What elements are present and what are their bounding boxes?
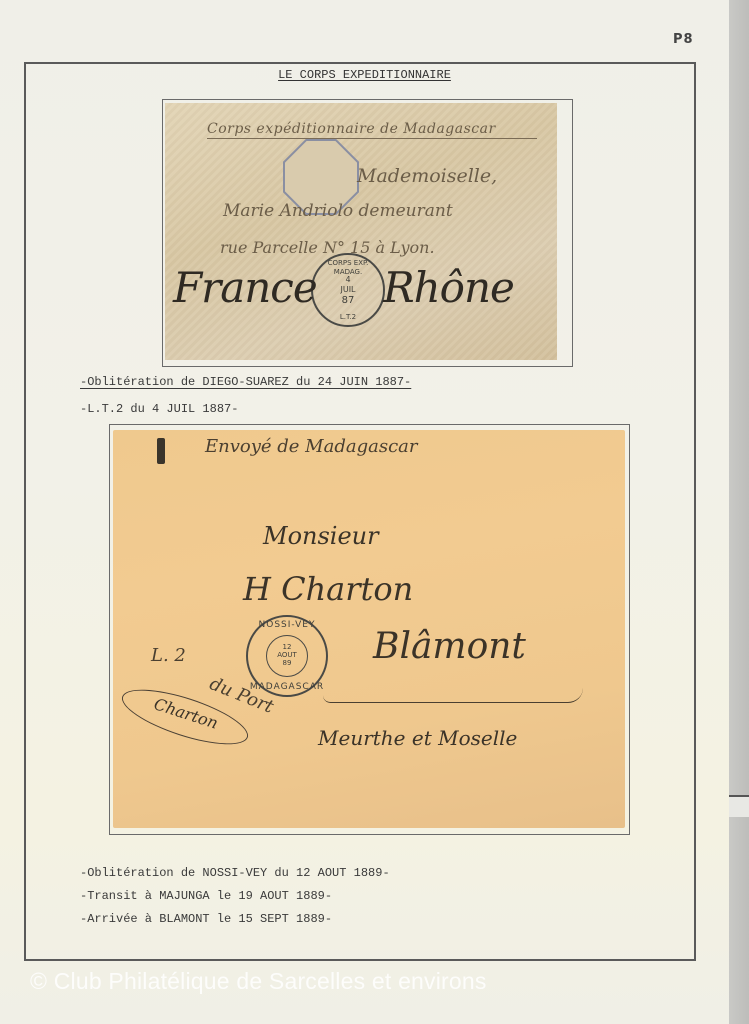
edge-mark-light bbox=[729, 797, 749, 817]
cover1-cancel-stamp: CORPS EXP. MADAG. 4 JUIL 87 L.T.2 bbox=[311, 253, 385, 327]
page-number: P8 bbox=[673, 32, 694, 47]
cover2-ink-mark bbox=[157, 438, 165, 464]
cover2-caption-transit: -Transit à MAJUNGA le 19 AOUT 1889- bbox=[80, 889, 332, 903]
cover1-envelope: Corps expéditionnaire de Madagascar Made… bbox=[165, 103, 557, 360]
cover1-caption: -Oblitération de DIEGO-SUAREZ du 24 JUIN… bbox=[80, 375, 411, 389]
cover1-address-line2: rue Parcelle N° 15 à Lyon. bbox=[220, 238, 435, 257]
cover1-stamp-bottom-text: L.T.2 bbox=[313, 313, 383, 322]
cover2-stamp-top-text: NOSSI-VEY bbox=[248, 621, 326, 630]
cover1-destination-department: Rhône bbox=[383, 263, 514, 312]
cover2-caption-arrival: -Arrivée à BLAMONT le 15 SEPT 1889- bbox=[80, 912, 332, 926]
scanner-edge bbox=[729, 0, 749, 1024]
cover1-subcaption: -L.T.2 du 4 JUIL 1887- bbox=[80, 402, 238, 416]
cover1-stamp-day: 4 bbox=[313, 275, 383, 284]
cover2-envelope: Envoyé de Madagascar Monsieur H Charton … bbox=[113, 430, 625, 828]
cover2-left-note1: L. 2 bbox=[151, 645, 186, 666]
cover2-cancel-stamp: NOSSI-VEY 12 AOUT 89 MADAGASCAR bbox=[246, 615, 328, 697]
cover1-address-line1: Marie Andriolo demeurant bbox=[223, 201, 453, 221]
cover1-addressee: Mademoiselle, bbox=[357, 165, 497, 187]
cover2-caption-cancel: -Oblitération de NOSSI-VEY du 12 AOUT 18… bbox=[80, 866, 390, 880]
cover2-flourish bbox=[323, 688, 583, 703]
cover2-city: Blâmont bbox=[373, 626, 526, 667]
page-title: LE CORPS EXPEDITIONNAIRE bbox=[0, 68, 729, 82]
cover2-stamp-year: 89 bbox=[248, 659, 326, 668]
cover2-addressee: H Charton bbox=[243, 570, 413, 608]
copyright-watermark: © Club Philatélique de Sarcelles et envi… bbox=[30, 968, 487, 995]
cover1-destination-country: France bbox=[173, 263, 317, 312]
cover2-header-handwriting: Envoyé de Madagascar bbox=[205, 436, 418, 457]
cover1-stamp-month: JUIL bbox=[313, 285, 383, 294]
cover1-stamp-year: 87 bbox=[313, 296, 383, 305]
cover2-region: Meurthe et Moselle bbox=[318, 726, 517, 750]
cover1-header-handwriting: Corps expéditionnaire de Madagascar bbox=[207, 121, 537, 139]
cover2-salutation: Monsieur bbox=[263, 522, 379, 550]
